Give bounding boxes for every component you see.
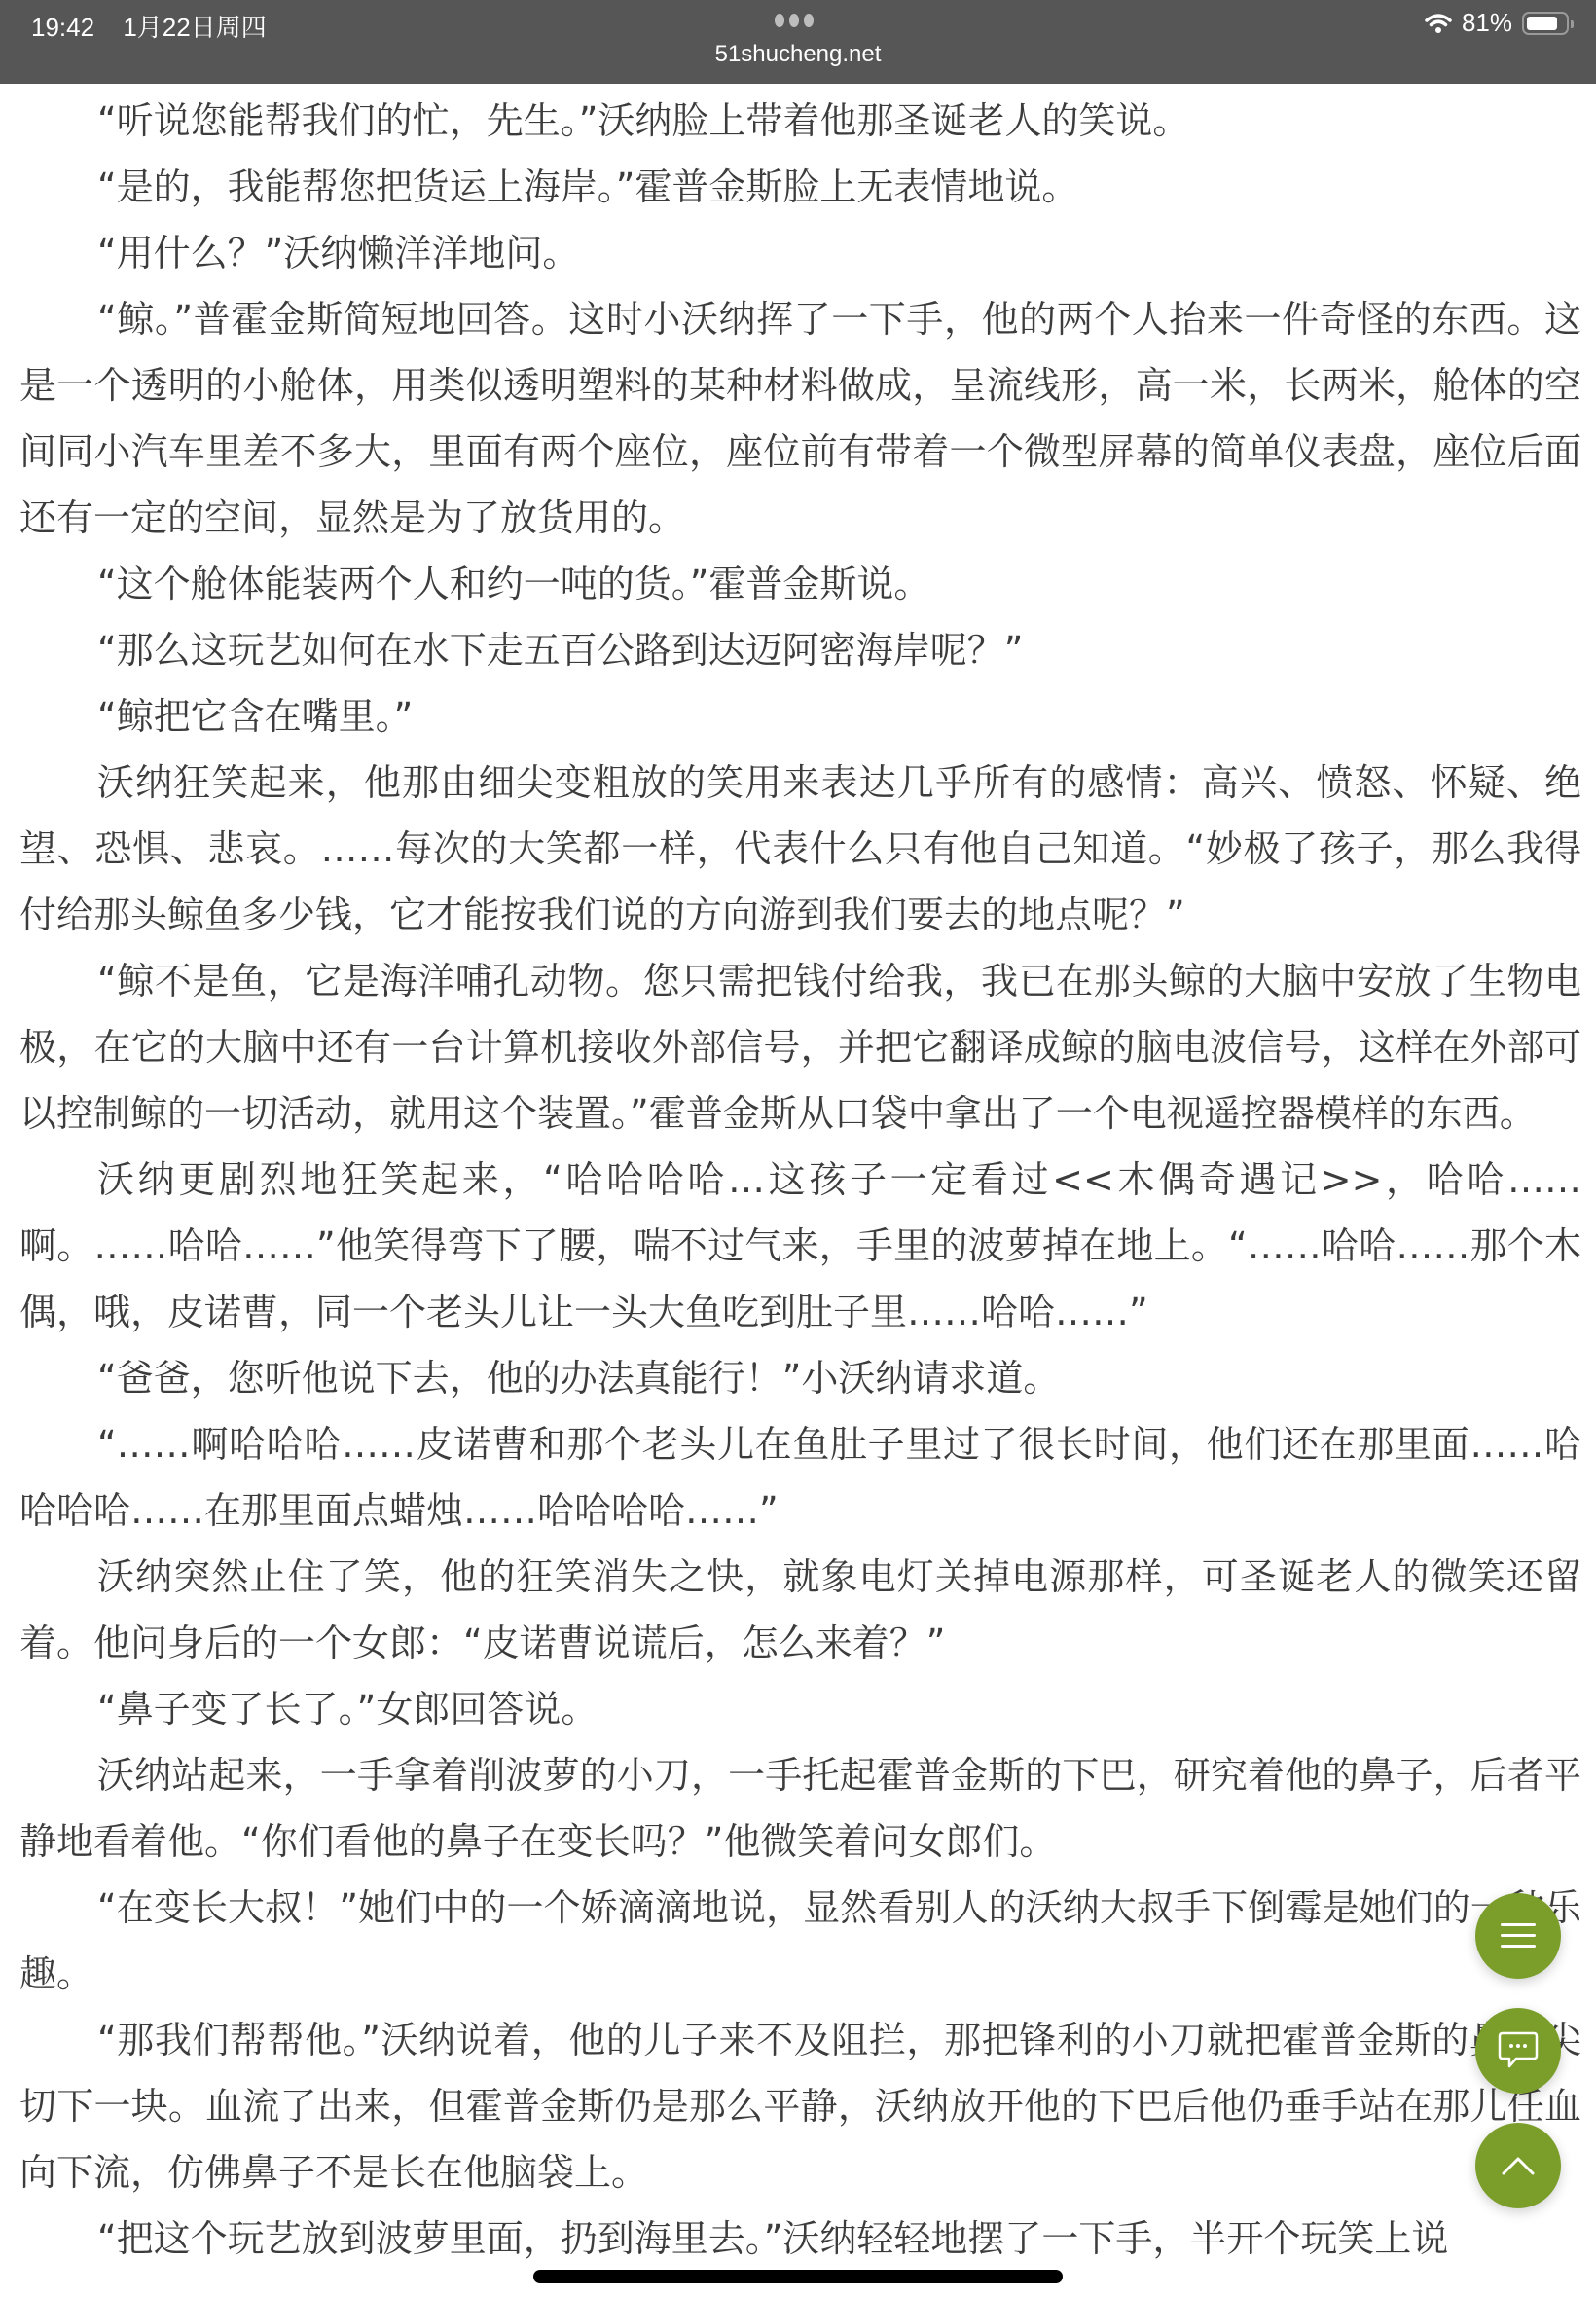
status-indicators: 81% <box>1425 8 1569 38</box>
comment-icon <box>1497 2029 1540 2072</box>
menu-icon <box>1501 1923 1536 1949</box>
date-text: 1月22日周四 <box>123 13 266 42</box>
paragraph: “是的，我能帮您把货运上海岸。”霍普金斯脸上无表情地说。 <box>19 154 1581 220</box>
paragraph: “用什么？”沃纳懒洋洋地问。 <box>19 220 1581 286</box>
paragraph: “鲸不是鱼，它是海洋哺孔动物。您只需把钱付给我，我已在那头鲸的大脑中安放了生物电… <box>19 948 1581 1147</box>
status-time: 19:42 1月22日周四 <box>31 8 267 44</box>
paragraph: “鼻子变了长了。”女郎回答说。 <box>19 1676 1581 1742</box>
paragraph: “爸爸，您听他说下去，他的办法真能行！”小沃纳请求道。 <box>19 1345 1581 1411</box>
paragraph: “在变长大叔！”她们中的一个娇滴滴地说，显然看别人的沃纳大叔手下倒霉是她们的一种… <box>19 1875 1581 2007</box>
paragraph: 沃纳突然止住了笑，他的狂笑消失之快，就象电灯关掉电源那样，可圣诞老人的微笑还留着… <box>19 1544 1581 1676</box>
more-dots-icon[interactable] <box>775 14 814 27</box>
time-text: 19:42 <box>31 13 94 42</box>
comment-button[interactable] <box>1475 2008 1561 2094</box>
wifi-icon <box>1425 13 1452 34</box>
paragraph: “这个舱体能装两个人和约一吨的货。”霍普金斯说。 <box>19 551 1581 617</box>
paragraph: “那我们帮帮他。”沃纳说着，他的儿子来不及阻拦，那把锋利的小刀就把霍普金斯的鼻子… <box>19 2007 1581 2206</box>
article-body: “听说您能帮我们的忙，先生。”沃纳脸上带着他那圣诞老人的笑说。 “是的，我能帮您… <box>19 88 1581 2272</box>
menu-button[interactable] <box>1475 1893 1561 1979</box>
chevron-up-icon <box>1501 2155 1536 2176</box>
status-bar: 19:42 1月22日周四 51shucheng.net 81% <box>0 0 1596 84</box>
paragraph: “把这个玩艺放到波萝里面，扔到海里去。”沃纳轻轻地摆了一下手，半开个玩笑上说 <box>19 2206 1581 2272</box>
paragraph: “听说您能帮我们的忙，先生。”沃纳脸上带着他那圣诞老人的笑说。 <box>19 88 1581 154</box>
paragraph: 沃纳狂笑起来，他那由细尖变粗放的笑用来表达几乎所有的感情：高兴、愤怒、怀疑、绝望… <box>19 749 1581 948</box>
paragraph: 沃纳站起来，一手拿着削波萝的小刀，一手托起霍普金斯的下巴，研究着他的鼻子，后者平… <box>19 1742 1581 1875</box>
back-to-top-button[interactable] <box>1475 2123 1561 2208</box>
paragraph: 沃纳更剧烈地狂笑起来，“哈哈哈哈…这孩子一定看过<<木偶奇遇记>>，哈哈……啊。… <box>19 1147 1581 1345</box>
paragraph: “鲸把它含在嘴里。” <box>19 683 1581 749</box>
home-indicator[interactable] <box>533 2270 1063 2283</box>
paragraph: “……啊哈哈哈……皮诺曹和那个老头儿在鱼肚子里过了很长时间，他们还在那里面……哈… <box>19 1411 1581 1544</box>
paragraph: “那么这玩艺如何在水下走五百公路到达迈阿密海岸呢？” <box>19 617 1581 683</box>
paragraph: “鲸。”普霍金斯简短地回答。这时小沃纳挥了一下手，他的两个人抬来一件奇怪的东西。… <box>19 286 1581 551</box>
battery-percent: 81% <box>1462 8 1512 38</box>
url-label[interactable]: 51shucheng.net <box>0 41 1596 68</box>
battery-icon <box>1522 12 1569 35</box>
